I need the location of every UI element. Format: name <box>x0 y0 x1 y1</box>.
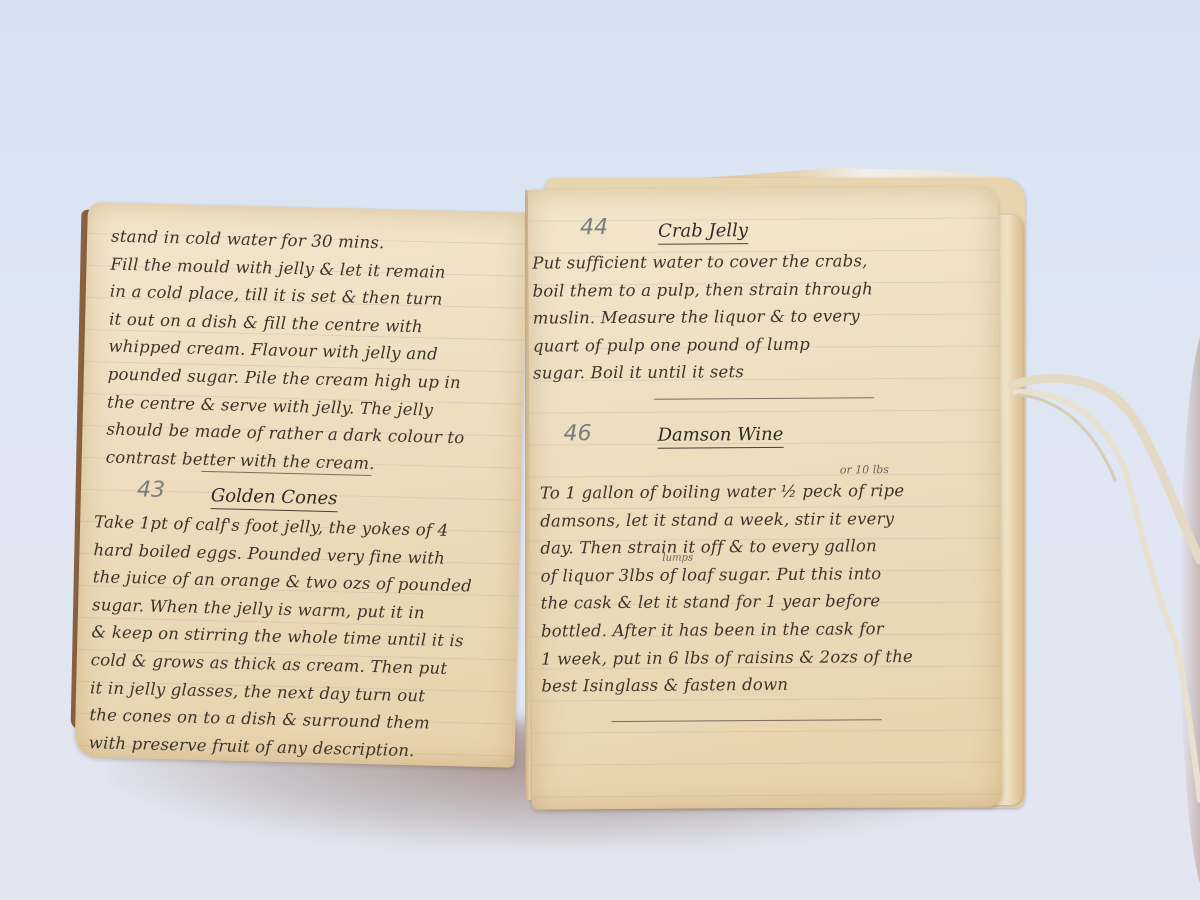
string-tie <box>0 0 1200 900</box>
notebook-photo: stand in cold water for 30 mins. Fill th… <box>0 0 1200 900</box>
